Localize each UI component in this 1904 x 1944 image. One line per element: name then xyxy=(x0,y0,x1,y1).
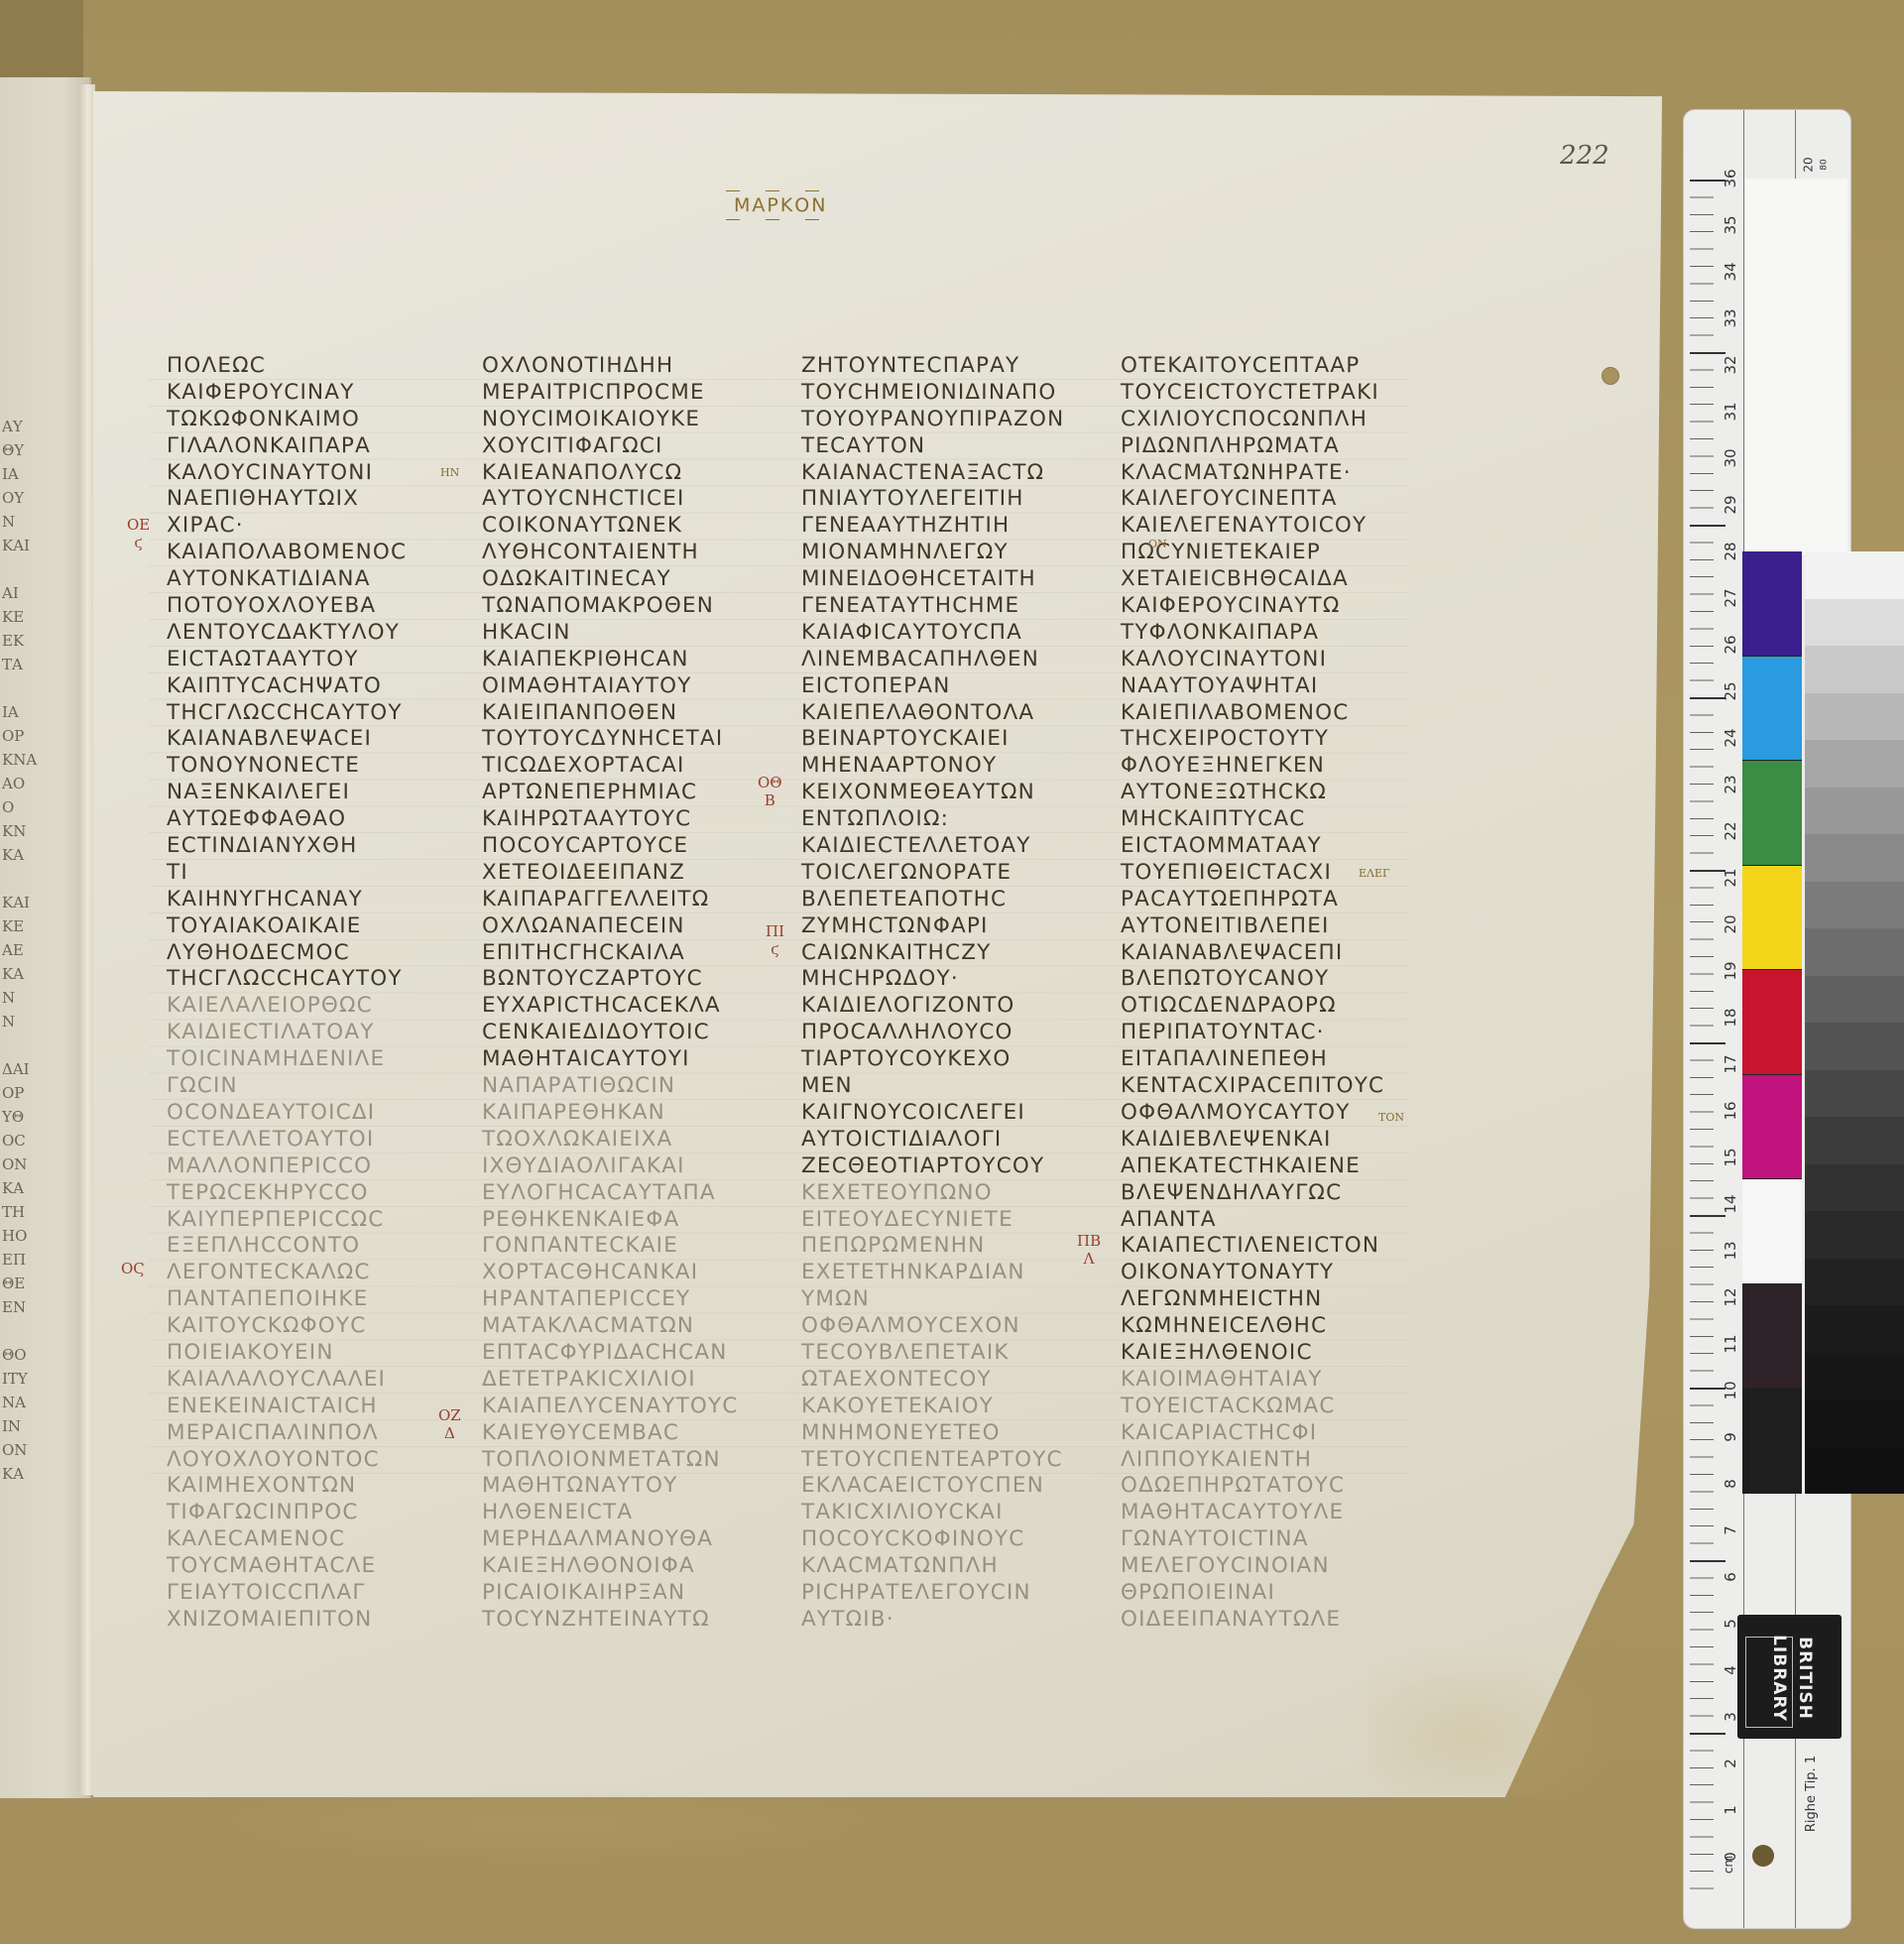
gray-step xyxy=(1805,1164,1904,1212)
text-line: ΚΑΙΓΝΟΥϹΟΙϹΛΕΓΕΙ xyxy=(801,1100,1064,1127)
ruler-cm-label: 35 xyxy=(1722,210,1739,240)
text-line: ΟΦΘΑΛΜΟΥϹΑΥΤΟΥ xyxy=(1121,1100,1384,1127)
text-line: ΠΟΛΕΩϹ xyxy=(167,353,407,380)
text-line: ΚΑΙΑΠΕΚΡΙΘΗϹΑΝ xyxy=(482,647,739,673)
badge-text-british: BRITISH xyxy=(1795,1637,1815,1720)
text-line: ΚΩΜΗΝΕΙϹΕΛΘΗϹ xyxy=(1121,1313,1384,1340)
text-line: ΤΟΥΟΥΡΑΝΟΥΠΙΡΑΖΟΝ xyxy=(801,407,1064,433)
text-line: ΤΑΚΙϹΧΙΛΙΟΥϹΚΑΙ xyxy=(801,1500,1064,1526)
text-line: ΑΥΤΩΙΒ· xyxy=(801,1607,1064,1634)
text-line: ΕΙϹΤΑΟΜΜΑΤΑΑΥ xyxy=(1121,833,1384,860)
text-line: ΗΚΑϹΙΝ xyxy=(482,620,739,647)
text-line: ΤΟΥϹΜΑΘΗΤΑϹΛΕ xyxy=(167,1553,407,1580)
gray-step xyxy=(1805,740,1904,788)
gray-step xyxy=(1805,834,1904,882)
text-line: ΠΝΙΑΥΤΟΥΛΕΓΕΙΤΙΗ xyxy=(801,486,1064,513)
text-line: ΤΟΥΕΙϹΤΑϹΚΩΜΑϹ xyxy=(1121,1394,1384,1420)
text-line: ΤΟΥϹΗΜΕΙΟΝΙΔΙΝΑΠΟ xyxy=(801,380,1064,407)
text-line: ΖΗΤΟΥΝΤΕϹΠΑΡΑΥ xyxy=(801,353,1064,380)
text-line: ΚΑΙΤΟΥϹΚΩΦΟΥϹ xyxy=(167,1313,407,1340)
text-line: ΠΕΡΙΠΑΤΟΥΝΤΑϹ· xyxy=(1121,1020,1384,1046)
ruler-cm-label: 22 xyxy=(1722,816,1739,846)
color-swatch xyxy=(1742,1389,1802,1494)
text-line: ΑΥΤΟΝΕΞΩΤΗϹΚΩ xyxy=(1121,780,1384,806)
gray-step xyxy=(1805,1399,1904,1447)
color-swatch xyxy=(1742,657,1802,762)
color-checker xyxy=(1742,551,1802,1494)
color-swatch xyxy=(1742,970,1802,1075)
text-line: ΤΥΦΛΟΝΚΑΙΠΑΡΑ xyxy=(1121,620,1384,647)
text-line: ΓΕΙΑΥΤΟΙϹϹΠΛΑΓ xyxy=(167,1580,407,1607)
text-line: ΚΑΙΑΝΑΒΛΕΨΑϹΕΙ xyxy=(167,726,407,753)
text-line: ΑΠΑΝΤΑ xyxy=(1121,1207,1384,1234)
text-line: ΜΑΘΗΤΩΝΑΥΤΟΥ xyxy=(482,1473,739,1500)
ruler-cm-label: 27 xyxy=(1722,583,1739,613)
text-line: ΟΔΩΚΑΙΤΙΝΕϹΑΥ xyxy=(482,566,739,593)
board-shadow xyxy=(0,0,83,79)
text-line: ΝΑΠΑΡΑΤΙΘΩϹΙΝ xyxy=(482,1073,739,1100)
text-line: ΚΑΙΕΛΑΛΕΙΟΡΘΩϹ xyxy=(167,993,407,1020)
text-line: ΟΙΜΑΘΗΤΑΙΑΥΤΟΥ xyxy=(482,673,739,700)
marginal-section-number: ΠΙ ϛ xyxy=(766,922,784,958)
text-line: ΔΕΤΕΤΡΑΚΙϹΧΙΛΙΟΙ xyxy=(482,1367,739,1394)
gray-step xyxy=(1805,1070,1904,1118)
ruler-cm-label: 18 xyxy=(1722,1003,1739,1033)
text-line: ΗΡΑΝΤΑΠΕΡΙϹϹΕΥ xyxy=(482,1286,739,1313)
text-line: ϹΟΙΚΟΝΑΥΤΩΝΕΚ xyxy=(482,513,739,540)
marginal-section-number: ΠΒ Λ xyxy=(1077,1232,1101,1268)
gray-step xyxy=(1805,1353,1904,1400)
badge-text-library: LIBRARY xyxy=(1769,1635,1789,1722)
correction-note: ΤΟΝ xyxy=(1378,1109,1404,1127)
ruler-secondary-label: Righe Tip. 1 xyxy=(1804,1756,1819,1832)
text-line: ΕΙΤΑΠΑΛΙΝΕΠΕΘΗ xyxy=(1121,1046,1384,1073)
text-line: ΤΟΙϹΙΝΑΜΗΔΕΝΙΛΕ xyxy=(167,1046,407,1073)
text-line: ΠΟΤΟΥΟΧΛΟΥΕΒΑ xyxy=(167,593,407,620)
ruler-cm-label: 30 xyxy=(1722,443,1739,473)
text-line: ΚΑΙΕΑΝΑΠΟΛΥϹΩ xyxy=(482,460,739,487)
text-line: ΤΕΤΟΥϹΠΕΝΤΕΑΡΤΟΥϹ xyxy=(801,1447,1064,1474)
text-line: ΘΡΩΠΟΙΕΙΝΑΙ xyxy=(1121,1580,1384,1607)
text-line: ΑΥΤΟΥϹΝΗϹΤΙϹΕΙ xyxy=(482,486,739,513)
text-line: ΧΟΥϹΙΤΙΦΑΓΩϹΙ xyxy=(482,433,739,460)
text-line: ΗΛΘΕΝΕΙϹΤΑ xyxy=(482,1500,739,1526)
text-line: ΚΑΙΕΙΠΑΝΠΟΘΕΝ xyxy=(482,700,739,727)
ruler-unit-label: cm. xyxy=(1722,1852,1735,1874)
text-line: ΑΡΤΩΝΕΠΕΡΗΜΙΑϹ xyxy=(482,780,739,806)
gray-step xyxy=(1805,928,1904,976)
text-line: ΟΦΘΑΛΜΟΥϹΕΧΟΝ xyxy=(801,1313,1064,1340)
text-line: ΚΑΙΑΦΙϹΑΥΤΟΥϹΠΑ xyxy=(801,620,1064,647)
text-line: ΠΑΝΤΑΠΕΠΟΙΗΚΕ xyxy=(167,1286,407,1313)
facing-page-text: ΑΥ ΘΥ ΙΑ ΟΥ Ν ΚΑΙ ΑΙ ΚΕ ΕΚ ΤΑ ΙΑ ΟΡ ΚΝΑ … xyxy=(2,415,42,1486)
text-line: ΓΕΝΕΑΑΥΤΗΖΗΤΙΗ xyxy=(801,513,1064,540)
text-line: ΠΟϹΟΥϹΑΡΤΟΥϹΕ xyxy=(482,833,739,860)
text-line: ΧΝΙΖΟΜΑΙΕΠΙΤΟΝ xyxy=(167,1607,407,1634)
text-line: ΧΕΤΑΙΕΙϹΒΗΘϹΑΙΔΑ xyxy=(1121,566,1384,593)
text-line: ΓΩϹΙΝ xyxy=(167,1073,407,1100)
text-line: ΜΕΡΑΙΤΡΙϹΠΡΟϹΜΕ xyxy=(482,380,739,407)
ruler-cm-label: 10 xyxy=(1722,1376,1739,1405)
ruler-cm-label: 21 xyxy=(1722,863,1739,893)
text-line: ΜΑΘΗΤΑϹΑΥΤΟΥΛΕ xyxy=(1121,1500,1384,1526)
text-line: ΟΙΚΟΝΑΥΤΟΝΑΥΤΥ xyxy=(1121,1260,1384,1286)
text-line: ΚΑΙΕΥΘΥϹΕΜΒΑϹ xyxy=(482,1420,739,1447)
text-line: ΑΠΕΚΑΤΕϹΤΗΚΑΙΕΝΕ xyxy=(1121,1154,1384,1180)
text-line: ΤΟΙϹΛΕΓΩΝΟΡΑΤΕ xyxy=(801,860,1064,887)
text-line: ΟΤΙΩϹΔΕΝΔΡΑΟΡΩ xyxy=(1121,993,1384,1020)
gray-step xyxy=(1805,646,1904,693)
text-line: ΝΟΥϹΙΜΟΙΚΑΙΟΥΚΕ xyxy=(482,407,739,433)
text-line: ΒΛΕΠΕΤΕΑΠΟΤΗϹ xyxy=(801,887,1064,913)
text-line: ΝΑΞΕΝΚΑΙΛΕΓΕΙ xyxy=(167,780,407,806)
gray-step xyxy=(1805,1305,1904,1353)
text-line: ΧΕΤΕΟΙΔΕΕΙΠΑΝΖ xyxy=(482,860,739,887)
text-line: ΜΕΛΕΓΟΥϹΙΝΟΙΑΝ xyxy=(1121,1553,1384,1580)
ruler-cm-label: 31 xyxy=(1722,397,1739,426)
text-line: ΤΟϹΥΝΖΗΤΕΙΝΑΥΤΩ xyxy=(482,1607,739,1634)
gray-step xyxy=(1805,1447,1904,1495)
text-line: ΕΧΕΤΕΤΗΝΚΑΡΔΙΑΝ xyxy=(801,1260,1064,1286)
text-line: ΜΕΝ xyxy=(801,1073,1064,1100)
text-line: ΜΝΗΜΟΝΕΥΕΤΕΟ xyxy=(801,1420,1064,1447)
text-line: ΚΑΙΗΝΥΓΗϹΑΝΑΥ xyxy=(167,887,407,913)
text-line: ΤΟΝΟΥΝΟΝΕϹΤΕ xyxy=(167,753,407,780)
text-line: ΛΥΘΗΟΔΕϹΜΟϹ xyxy=(167,940,407,967)
ruler-cm-label: 24 xyxy=(1722,723,1739,753)
text-line: ΚΛΑϹΜΑΤΩΝΗΡΑΤΕ· xyxy=(1121,460,1384,487)
water-stain xyxy=(198,1785,892,1865)
ruler-cm-label: 32 xyxy=(1722,350,1739,380)
text-line: ΛΟΥΟΧΛΟΥΟΝΤΟϹ xyxy=(167,1447,407,1474)
color-swatch xyxy=(1742,761,1802,866)
text-line: ΜΙΝΕΙΔΟΘΗϹΕΤΑΙΤΗ xyxy=(801,566,1064,593)
text-line: ΚΑΙΔΙΕϹΤΙΛΑΤΟΑΥ xyxy=(167,1020,407,1046)
gray-step xyxy=(1805,1259,1904,1306)
text-line: ΚΑΛΟΥϹΙΝΑΥΤΟΝΙ xyxy=(1121,647,1384,673)
text-line: ΜΙΟΝΑΜΗΝΛΕΓΩΥ xyxy=(801,540,1064,566)
text-line: ΚΑΙΠΤΥϹΑϹΗΨΑΤΟ xyxy=(167,673,407,700)
text-line: ΚΑΛΕϹΑΜΕΝΟϹ xyxy=(167,1526,407,1553)
text-line: ΟΔΩΕΠΗΡΩΤΑΤΟΥϹ xyxy=(1121,1473,1384,1500)
gray-step xyxy=(1805,882,1904,929)
text-line: ΚΑΙΔΙΕΒΛΕΨΕΝΚΑΙ xyxy=(1121,1127,1384,1154)
ruler-cm-label: 11 xyxy=(1722,1329,1739,1359)
gray-step xyxy=(1805,1211,1904,1259)
gray-step xyxy=(1805,599,1904,647)
text-line: ΒΩΝΤΟΥϹΖΑΡΤΟΥϹ xyxy=(482,966,739,993)
text-line: ΛΕΓΩΝΜΗΕΙϹΤΗΝ xyxy=(1121,1286,1384,1313)
text-line: ΤΟΥϹΕΙϹΤΟΥϹΤΕΤΡΑΚΙ xyxy=(1121,380,1384,407)
ruler-cm-label: 19 xyxy=(1722,956,1739,986)
text-line: ΠΕΠΩΡΩΜΕΝΗΝ xyxy=(801,1233,1064,1260)
text-line: ϹΕΝΚΑΙΕΔΙΔΟΥΤΟΙϹ xyxy=(482,1020,739,1046)
ruler-cm-label: 34 xyxy=(1722,257,1739,287)
text-line: ΤΗϹΧΕΙΡΟϹΤΟΥΤΥ xyxy=(1121,726,1384,753)
text-line: ΒΕΙΝΑΡΤΟΥϹΚΑΙΕΙ xyxy=(801,726,1064,753)
text-line: ΟΧΛΟΝΟΤΙΗΔΗΗ xyxy=(482,353,739,380)
text-line: ΜΗΕΝΑΑΡΤΟΝΟΥ xyxy=(801,753,1064,780)
text-line: ΤΙΑΡΤΟΥϹΟΥΚΕΧΟ xyxy=(801,1046,1064,1073)
text-line: ΚΑΙΦΕΡΟΥϹΙΝΑΥΤΩ xyxy=(1121,593,1384,620)
ruler-cm-label: 2 xyxy=(1722,1749,1739,1778)
text-line: ΒΛΕΠΩΤΟΥϹΑΝΟΥ xyxy=(1121,966,1384,993)
ruler-cm-label: 16 xyxy=(1722,1096,1739,1126)
marginal-section-number: ΟϚ xyxy=(121,1260,145,1277)
color-swatch xyxy=(1742,1284,1802,1390)
text-line: ΝΑΕΠΙΘΗΑΥΤΩΙΧ xyxy=(167,486,407,513)
text-line: ΜΑΘΗΤΑΙϹΑΥΤΟΥΙ xyxy=(482,1046,739,1073)
folio-number: 222 xyxy=(1560,141,1609,171)
ruler-cm-label: 1 xyxy=(1722,1795,1739,1825)
text-line: ΕΙΤΕΟΥΔΕϹΥΝΙΕΤΕ xyxy=(801,1207,1064,1234)
text-column-1: ΠΟΛΕΩϹΚΑΙΦΕΡΟΥϹΙΝΑΥΤΩΚΩΦΟΝΚΑΙΜΟΓΙΛΑΛΟΝΚΑ… xyxy=(167,353,407,1634)
text-line: ΚΑΙΑΠΕΛΥϹΕΝΑΥΤΟΥϹ xyxy=(482,1394,739,1420)
text-line: ΡΑϹΑΥΤΩΕΠΗΡΩΤΑ xyxy=(1121,887,1384,913)
text-line: ΕΠΤΑϹΦΥΡΙΔΑϹΗϹΑΝ xyxy=(482,1340,739,1367)
text-line: ΓΙΛΑΛΟΝΚΑΙΠΑΡΑ xyxy=(167,433,407,460)
color-swatch xyxy=(1742,866,1802,971)
ruler-cm-label: 28 xyxy=(1722,537,1739,566)
text-line: ΚΑΙΔΙΕΛΟΓΙΖΟΝΤΟ xyxy=(801,993,1064,1020)
text-line: ΥΜΩΝ xyxy=(801,1286,1064,1313)
text-line: ΦΛΟΥΕΞΗΝΕΓΚΕΝ xyxy=(1121,753,1384,780)
text-line: ΚΑΙϹΑΡΙΑϹΤΗϹΦΙ xyxy=(1121,1420,1384,1447)
marginal-section-number: ΟΘ Β xyxy=(758,774,782,809)
text-line: ΜΕΡΗΔΑΛΜΑΝΟΥΘΑ xyxy=(482,1526,739,1553)
text-line: ΤΙ xyxy=(167,860,407,887)
text-line: ΕΥΧΑΡΙϹΤΗϹΑϹΕΚΛΑ xyxy=(482,993,739,1020)
text-line: ΡΕΘΗΚΕΝΚΑΙΕΦΑ xyxy=(482,1207,739,1234)
text-line: ΚΑΙΕΞΗΛΘΕΝΟΙϹ xyxy=(1121,1340,1384,1367)
text-line: ΤΟΠΛΟΙΟΝΜΕΤΑΤΩΝ xyxy=(482,1447,739,1474)
text-line: ΤΕϹΟΥΒΛΕΠΕΤΑΙΚ xyxy=(801,1340,1064,1367)
text-line: ϹΑΙΩΝΚΑΙΤΗϹΖΥ xyxy=(801,940,1064,967)
text-line: ΚΑΙΟΙΜΑΘΗΤΑΙΑΥ xyxy=(1121,1367,1384,1394)
water-stain xyxy=(1368,1646,1616,1795)
marginal-section-number: ΟΕ ϛ xyxy=(127,516,150,551)
text-line: ΩΤΑΕΧΟΝΤΕϹΟΥ xyxy=(801,1367,1064,1394)
ruler-cm-label: 26 xyxy=(1722,630,1739,660)
text-line: ΓΟΝΠΑΝΤΕϹΚΑΙΕ xyxy=(482,1233,739,1260)
text-line: ΠΟϹΟΥϹΚΟΦΙΝΟΥϹ xyxy=(801,1526,1064,1553)
ruler-cm-label: 8 xyxy=(1722,1469,1739,1499)
correction-note: ΟΝ xyxy=(1148,536,1167,553)
ruler-cm-label: 23 xyxy=(1722,770,1739,799)
text-line: ΟϹΟΝΔΕΑΥΤΟΙϹΔΙ xyxy=(167,1100,407,1127)
ruler-cm-label: 14 xyxy=(1722,1189,1739,1219)
text-line: ΚΕΝΤΑϹΧΙΡΑϹΕΠΙΤΟΥϹ xyxy=(1121,1073,1384,1100)
gray-step xyxy=(1805,693,1904,741)
text-line: ΚΑΙΑΝΑϹΤΕΝΑΞΑϹΤΩ xyxy=(801,460,1064,487)
text-line: ΠΡΟϹΑΛΛΗΛΟΥϹΟ xyxy=(801,1020,1064,1046)
binding-gutter xyxy=(79,84,95,1795)
text-line: ΟΙΔΕΕΙΠΑΝΑΥΤΩΛΕ xyxy=(1121,1607,1384,1634)
text-line: ΑΥΤΟΝΚΑΤΙΔΙΑΝΑ xyxy=(167,566,407,593)
color-swatch xyxy=(1742,1075,1802,1180)
text-line: ΜΑΛΛΟΝΠΕΡΙϹϹΟ xyxy=(167,1154,407,1180)
text-line: ΤΩΝΑΠΟΜΑΚΡΟΘΕΝ xyxy=(482,593,739,620)
text-line: ΑΥΤΟΙϹΤΙΔΙΑΛΟΓΙ xyxy=(801,1127,1064,1154)
marginal-section-number: ΟΖ Δ xyxy=(438,1406,461,1442)
text-line: ΜΗϹΚΑΙΠΤΥϹΑϹ xyxy=(1121,806,1384,833)
text-line: ΤΩΟΧΛΩΚΑΙΕΙΧΑ xyxy=(482,1127,739,1154)
text-line: ΖΥΜΗϹΤΩΝΦΑΡΙ xyxy=(801,913,1064,940)
text-line: ΚΑΙΥΠΕΡΠΕΡΙϹϹΩϹ xyxy=(167,1207,407,1234)
text-line: ΚΑΚΟΥΕΤΕΚΑΙΟΥ xyxy=(801,1394,1064,1420)
text-line: ΚΑΙΠΑΡΕΘΗΚΑΝ xyxy=(482,1100,739,1127)
text-line: ΒΛΕΨΕΝΔΗΛΑΥΓΩϹ xyxy=(1121,1180,1384,1207)
text-line: ΕΝΤΩΠΛΟΙΩ: xyxy=(801,806,1064,833)
text-line: ΚΑΙΕΠΕΛΑΘΟΝΤΟΛΑ xyxy=(801,700,1064,727)
text-line: ΛΕΝΤΟΥϹΔΑΚΤΥΛΟΥ xyxy=(167,620,407,647)
text-line: ΧΟΡΤΑϹΘΗϹΑΝΚΑΙ xyxy=(482,1260,739,1286)
text-line: ΤΕϹΑΥΤΟΝ xyxy=(801,433,1064,460)
text-line: ΜΗϹΗΡΩΔΟΥ· xyxy=(801,966,1064,993)
text-line: ΕϹΤΙΝΔΙΑΝΥΧΘΗ xyxy=(167,833,407,860)
text-line: ΚΑΙΑΝΑΒΛΕΨΑϹΕΠΙ xyxy=(1121,940,1384,967)
text-line: ΤΙϹΩΔΕΧΟΡΤΑϹΑΙ xyxy=(482,753,739,780)
ruler-cm-label: 7 xyxy=(1722,1516,1739,1545)
ruler-top-label: 80 xyxy=(1820,159,1830,170)
text-line: ΚΕΙΧΟΝΜΕΘΕΑΥΤΩΝ xyxy=(801,780,1064,806)
text-line: ΚΑΙΑΠΟΛΑΒΟΜΕΝΟϹ xyxy=(167,540,407,566)
text-line: ΟΤΕΚΑΙΤΟΥϹΕΠΤΑΑΡ xyxy=(1121,353,1384,380)
text-line: ΕΝΕΚΕΙΝΑΙϹΤΑΙϹΗ xyxy=(167,1394,407,1420)
punch-hole xyxy=(1602,367,1619,385)
text-line: ΤΗϹΓΛΩϹϹΗϹΑΥΤΟΥ xyxy=(167,700,407,727)
text-line: ΕΠΙΤΗϹΓΗϹΚΑΙΛΑ xyxy=(482,940,739,967)
text-line: ΙΧΘΥΔΙΑΟΛΙΓΑΚΑΙ xyxy=(482,1154,739,1180)
gray-step xyxy=(1805,551,1904,599)
ruler-cm-label: 17 xyxy=(1722,1049,1739,1079)
text-line: ΚΑΙΑΛΑΛΟΥϹΛΑΛΕΙ xyxy=(167,1367,407,1394)
ruler-cm-label: 29 xyxy=(1722,490,1739,520)
text-line: ΡΙΔΩΝΠΛΗΡΩΜΑΤΑ xyxy=(1121,433,1384,460)
ruler-major-ticks xyxy=(1690,180,1725,1890)
text-line: ΤΗϹΓΛΩϹϹΗϹΑΥΤΟΥ xyxy=(167,966,407,993)
text-line: ΑΥΤΟΝΕΙΤΙΒΛΕΠΕΙ xyxy=(1121,913,1384,940)
text-line: ΚΑΙΜΗΕΧΟΝΤΩΝ xyxy=(167,1473,407,1500)
text-line: ΚΑΙΛΕΓΟΥϹΙΝΕΠΤΑ xyxy=(1121,486,1384,513)
ruler-cm-label: 33 xyxy=(1722,304,1739,333)
text-line: ΝΑΑΥΤΟΥΑΨΗΤΑΙ xyxy=(1121,673,1384,700)
ruler-cm-label: 15 xyxy=(1722,1143,1739,1172)
text-line: ΟΧΛΩΑΝΑΠΕϹΕΙΝ xyxy=(482,913,739,940)
text-line: ΤΩΚΩΦΟΝΚΑΙΜΟ xyxy=(167,407,407,433)
ruler-white-strip xyxy=(1745,179,1847,555)
text-line: ΖΕϹΘΕΟΤΙΑΡΤΟΥϹΟΥ xyxy=(801,1154,1064,1180)
gray-step xyxy=(1805,1023,1904,1070)
text-line: ϹΧΙΛΙΟΥϹΠΟϹΩΝΠΛΗ xyxy=(1121,407,1384,433)
text-line: ΚΑΙΕΞΗΛΘΟΝΟΙΦΑ xyxy=(482,1553,739,1580)
color-swatch xyxy=(1742,1179,1802,1284)
ruler-hole xyxy=(1752,1845,1774,1867)
text-line: ΚΑΙΦΕΡΟΥϹΙΝΑΥ xyxy=(167,380,407,407)
ruler-cm-label: 20 xyxy=(1722,910,1739,939)
text-line: ΡΙϹΑΙΟΙΚΑΙΗΡΞΑΝ xyxy=(482,1580,739,1607)
grayscale-checker xyxy=(1805,551,1904,1494)
ruler-cm-label: 25 xyxy=(1722,676,1739,706)
text-column-2: ΟΧΛΟΝΟΤΙΗΔΗΗΜΕΡΑΙΤΡΙϹΠΡΟϹΜΕΝΟΥϹΙΜΟΙΚΑΙΟΥ… xyxy=(482,353,739,1634)
correction-note: ΗΝ xyxy=(440,464,459,482)
text-line: ΕΚΛΑϹΑΕΙϹΤΟΥϹΠΕΝ xyxy=(801,1473,1064,1500)
text-line: ΚΑΙΑΠΕϹΤΙΛΕΝΕΙϹΤΟΝ xyxy=(1121,1233,1384,1260)
text-line: ΛΥΘΗϹΟΝΤΑΙΕΝΤΗ xyxy=(482,540,739,566)
text-line: ΕϹΤΕΛΛΕΤΟΑΥΤΟΙ xyxy=(167,1127,407,1154)
text-line: ΡΙϹΗΡΑΤΕΛΕΓΟΥϹΙΝ xyxy=(801,1580,1064,1607)
ruler-cm-label: 13 xyxy=(1722,1236,1739,1266)
gray-step xyxy=(1805,976,1904,1024)
text-line: ΛΕΓΟΝΤΕϹΚΑΛΩϹ xyxy=(167,1260,407,1286)
text-line: ΤΟΥΕΠΙΘΕΙϹΤΑϹΧΙ xyxy=(1121,860,1384,887)
text-line: ΚΑΙΔΙΕϹΤΕΛΛΕΤΟΑΥ xyxy=(801,833,1064,860)
ruler-cm-label: 36 xyxy=(1722,164,1739,193)
text-line: ΠΟΙΕΙΑΚΟΥΕΙΝ xyxy=(167,1340,407,1367)
text-line: ΧΙΡΑϹ· xyxy=(167,513,407,540)
text-line: ΕΞΕΠΛΗϹϹΟΝΤΟ xyxy=(167,1233,407,1260)
text-line: ΚΑΙΕΠΙΛΑΒΟΜΕΝΟϹ xyxy=(1121,700,1384,727)
text-line: ΕΥΛΟΓΗϹΑϹΑΥΤΑΠΑ xyxy=(482,1180,739,1207)
text-line: ΑΥΤΩΕΦΦΑΘΑΟ xyxy=(167,806,407,833)
ruler-cm-label: 12 xyxy=(1722,1282,1739,1312)
text-line: ΓΩΝΑΥΤΟΙϹΤΙΝΑ xyxy=(1121,1526,1384,1553)
text-column-3: ΖΗΤΟΥΝΤΕϹΠΑΡΑΥΤΟΥϹΗΜΕΙΟΝΙΔΙΝΑΠΟΤΟΥΟΥΡΑΝΟ… xyxy=(801,353,1064,1634)
text-line: ΕΙϹΤΟΠΕΡΑΝ xyxy=(801,673,1064,700)
text-line: ΤΕΡΩϹΕΚΗΡΥϹϹΟ xyxy=(167,1180,407,1207)
facing-page-edge: ΑΥ ΘΥ ΙΑ ΟΥ Ν ΚΑΙ ΑΙ ΚΕ ΕΚ ΤΑ ΙΑ ΟΡ ΚΝΑ … xyxy=(0,77,91,1798)
gray-step xyxy=(1805,1117,1904,1164)
text-line: ΚΑΛΟΥϹΙΝΑΥΤΟΝΙ xyxy=(167,460,407,487)
text-line: ΜΑΤΑΚΛΑϹΜΑΤΩΝ xyxy=(482,1313,739,1340)
text-line: ΤΟΥΑΙΑΚΟΑΙΚΑΙΕ xyxy=(167,913,407,940)
text-line: ΚΑΙΗΡΩΤΑΑΥΤΟΥϹ xyxy=(482,806,739,833)
gray-step xyxy=(1805,788,1904,835)
text-line: ΛΙΝΕΜΒΑϹΑΠΗΛΘΕΝ xyxy=(801,647,1064,673)
running-title: ΜΑΡΚΟΝ xyxy=(734,194,827,216)
ruler-top-label: 20 xyxy=(1802,157,1816,172)
text-line: ΤΟΥΤΟΥϹΔΥΝΗϹΕΤΑΙ xyxy=(482,726,739,753)
text-line: ΤΙΦΑΓΩϹΙΝΠΡΟϹ xyxy=(167,1500,407,1526)
text-line: ΚΑΙΠΑΡΑΓΓΕΛΛΕΙΤΩ xyxy=(482,887,739,913)
ruler-cm-label: 9 xyxy=(1722,1422,1739,1452)
british-library-badge: BRITISH LIBRARY xyxy=(1737,1615,1842,1739)
ruler-cm-label: 6 xyxy=(1722,1562,1739,1592)
text-line: ΜΕΡΑΙϹΠΑΛΙΝΠΟΛ xyxy=(167,1420,407,1447)
text-line: ΚΛΑϹΜΑΤΩΝΠΛΗ xyxy=(801,1553,1064,1580)
text-line: ΚΕΧΕΤΕΟΥΠΩΝΟ xyxy=(801,1180,1064,1207)
color-swatch xyxy=(1742,551,1802,657)
text-line: ΕΙϹΤΑΩΤΑΑΥΤΟΥ xyxy=(167,647,407,673)
text-line: ΓΕΝΕΑΤΑΥΤΗϹΗΜΕ xyxy=(801,593,1064,620)
correction-note: ΕΛΕΓ xyxy=(1359,865,1390,883)
text-line: ΛΙΠΠΟΥΚΑΙΕΝΤΗ xyxy=(1121,1447,1384,1474)
